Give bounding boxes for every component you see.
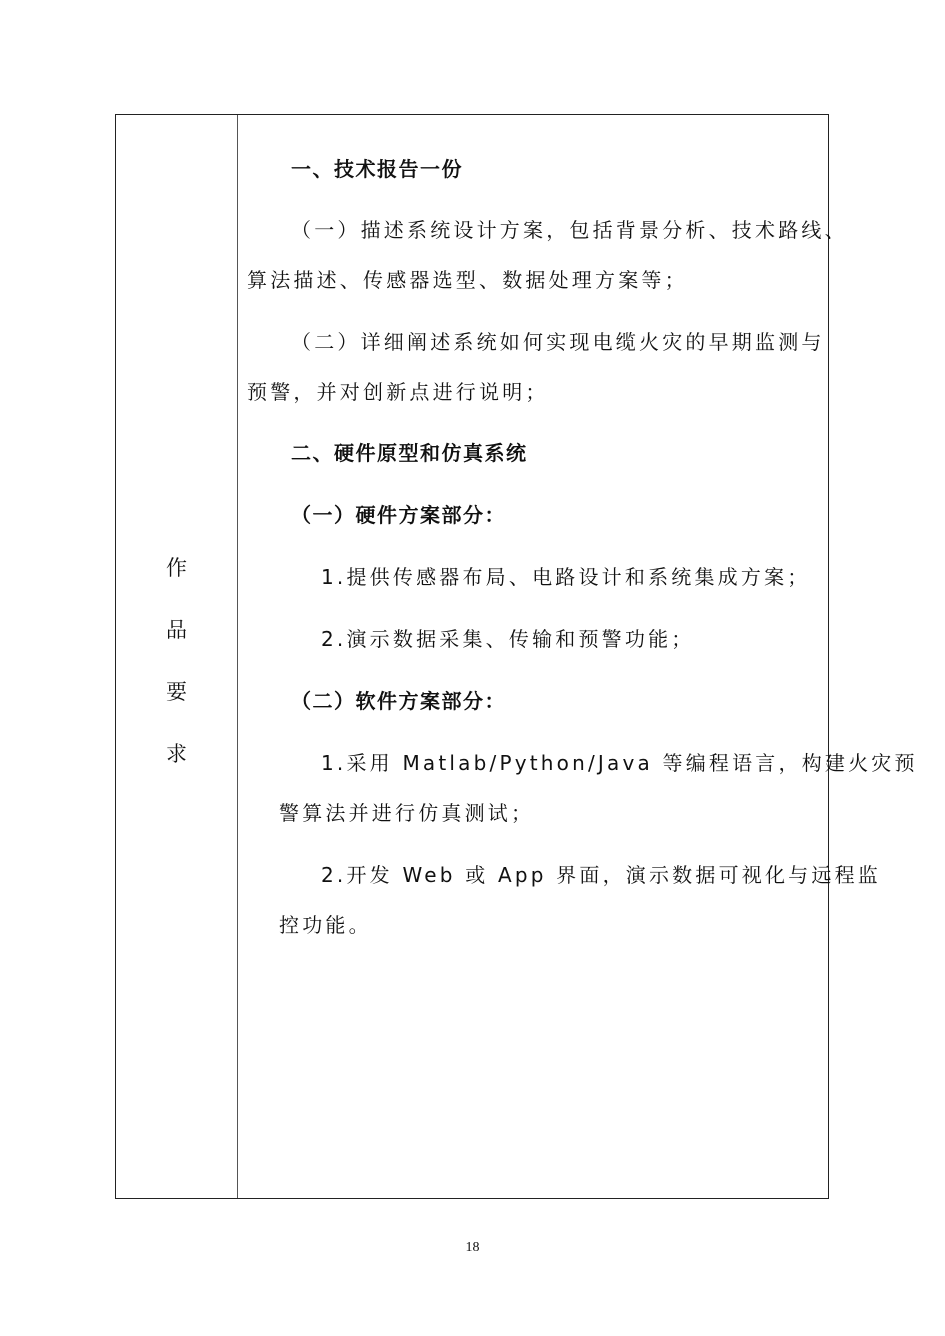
paragraph-line: 1.提供传感器布局、电路设计和系统集成方案；	[321, 561, 810, 590]
column-divider	[237, 115, 238, 1198]
paragraph-line: 1.采用 Matlab/Python/Java 等编程语言，构建火灾预	[321, 747, 918, 776]
page-number: 18	[0, 1240, 945, 1256]
paragraph-line: 预警，并对创新点进行说明；	[247, 376, 549, 405]
label-char: 求	[116, 738, 237, 768]
section-heading: （二）软件方案部分：	[291, 685, 506, 714]
paragraph-line: （一）描述系统设计方案，包括背景分析、技术路线、	[291, 214, 848, 243]
label-char: 要	[116, 676, 237, 706]
section-heading: 二、硬件原型和仿真系统	[291, 437, 528, 466]
paragraph-line: 控功能。	[279, 909, 372, 938]
requirements-table: 作 品 要 求 一、技术报告一份（一）描述系统设计方案，包括背景分析、技术路线、…	[115, 114, 829, 1199]
label-char: 作	[116, 552, 237, 582]
paragraph-line: 2.演示数据采集、传输和预警功能；	[321, 623, 694, 652]
paragraph-line: 警算法并进行仿真测试；	[279, 797, 534, 826]
label-char: 品	[116, 614, 237, 644]
section-heading: 一、技术报告一份	[291, 153, 463, 182]
label-column: 作 品 要 求	[116, 115, 237, 1198]
paragraph-line: 2.开发 Web 或 App 界面，演示数据可视化与远程监	[321, 859, 881, 888]
requirements-content: 一、技术报告一份（一）描述系统设计方案，包括背景分析、技术路线、算法描述、传感器…	[239, 115, 828, 1198]
section-heading: （一）硬件方案部分：	[291, 499, 506, 528]
paragraph-line: 算法描述、传感器选型、数据处理方案等；	[247, 264, 688, 293]
paragraph-line: （二）详细阐述系统如何实现电缆火灾的早期监测与	[291, 326, 825, 355]
